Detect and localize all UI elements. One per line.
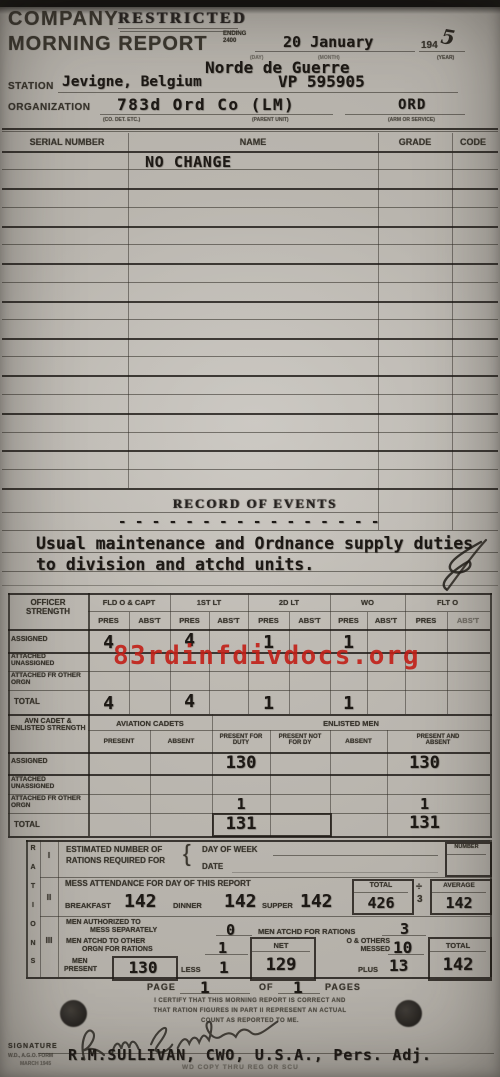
roster-rule bbox=[2, 226, 498, 228]
officer-group-rule bbox=[88, 611, 490, 612]
mess-total-box-rule bbox=[354, 892, 408, 893]
page-label: PAGE bbox=[147, 982, 176, 992]
restricted-underline-1 bbox=[118, 28, 238, 29]
others-messed-label1: O & OTHERS bbox=[320, 938, 390, 945]
events-rule bbox=[2, 552, 498, 553]
cadet-assigned-duty-value: 130 bbox=[212, 753, 270, 773]
rations-numeral-divider bbox=[58, 840, 59, 977]
plus-label: PLUS bbox=[358, 965, 378, 974]
roster-rule bbox=[2, 188, 498, 190]
officer-row-attached-fr-label: ATTACHED FR OTHER ORGN bbox=[11, 673, 81, 687]
breakfast-value: 142 bbox=[124, 891, 157, 912]
rations-estimated-label1: ESTIMATED NUMBER OF bbox=[66, 845, 162, 854]
parent-unit-label: (PARENT UNIT) bbox=[252, 117, 289, 123]
cadet-row-rule bbox=[8, 774, 490, 776]
events-rule bbox=[2, 512, 498, 513]
punch-hole-right bbox=[395, 1000, 422, 1027]
events-rule bbox=[2, 530, 498, 531]
rations-numeral-2: II bbox=[40, 893, 58, 902]
roster-divider-code bbox=[452, 133, 453, 530]
net-value: 129 bbox=[250, 955, 312, 975]
roster-top-rule-light bbox=[2, 131, 498, 132]
page-number-rule bbox=[180, 993, 250, 994]
officer-corner-line2: STRENGTH bbox=[8, 607, 88, 616]
officer-sub-pres: PRES bbox=[405, 616, 447, 625]
co-det-label: (CO. DET. ETC.) bbox=[103, 117, 140, 123]
men-authorized-label1: MEN AUTHORIZED TO bbox=[66, 919, 141, 926]
rations-estimated-label2: RATIONS REQUIRED FOR bbox=[66, 856, 165, 865]
cadet-total-duty-value: 131 bbox=[212, 814, 270, 834]
less-label: LESS bbox=[181, 965, 201, 974]
rations-letter: I bbox=[27, 902, 39, 909]
events-title: RECORD OF EVENTS bbox=[155, 496, 355, 512]
officer-group-1st-lt: 1ST LT bbox=[170, 598, 248, 607]
page-number: 1 bbox=[200, 978, 210, 997]
breakfast-label: BREAKFAST bbox=[65, 901, 111, 910]
rations-row-divider bbox=[40, 916, 490, 917]
roster-rule bbox=[2, 394, 498, 395]
form-title-line2: MORNING REPORT bbox=[8, 33, 208, 56]
year-label: (YEAR) bbox=[437, 55, 454, 61]
rations-letter: R bbox=[27, 845, 39, 852]
of-label: OF bbox=[259, 982, 274, 992]
roster-rule bbox=[2, 338, 498, 340]
men-present-value: 130 bbox=[112, 958, 174, 977]
supper-label: SUPPER bbox=[262, 901, 293, 910]
roster-col-code: CODE bbox=[452, 137, 494, 147]
officer-group-2d-lt: 2D LT bbox=[248, 598, 330, 607]
officer-group-flt-o: FLT O bbox=[405, 598, 490, 607]
organization-entry: 783d Ord Co (LM) bbox=[117, 95, 295, 114]
organization-label: ORGANIZATION bbox=[8, 102, 90, 113]
officer-total-fld-pres: 4 bbox=[88, 693, 129, 714]
rations-letter: A bbox=[27, 864, 39, 871]
net-box-rule bbox=[252, 951, 310, 952]
rations-total-value: 142 bbox=[428, 955, 488, 975]
atchd-other-label1: MEN ATCHD TO OTHER bbox=[66, 938, 145, 945]
pages-total: 1 bbox=[293, 978, 303, 997]
others-messed-label2: MESSED bbox=[330, 946, 390, 953]
mess-total-value: 426 bbox=[352, 894, 410, 912]
men-authorized-rule bbox=[216, 935, 252, 936]
form-title-line1: COMPANY bbox=[8, 8, 119, 31]
supper-value: 142 bbox=[300, 891, 333, 912]
mess-attendance-title: MESS ATTENDANCE FOR DAY OF THIS REPORT bbox=[65, 879, 251, 888]
mess-average-label: AVERAGE bbox=[430, 882, 488, 889]
station-label: STATION bbox=[8, 81, 54, 92]
roster-rule bbox=[2, 432, 498, 433]
station-rule bbox=[58, 92, 458, 93]
cadet-col-absent: ABSENT bbox=[150, 738, 212, 745]
cadet-group-enlisted: ENLISTED MEN bbox=[212, 719, 490, 728]
rations-top bbox=[26, 840, 490, 842]
mess-average-box-rule bbox=[432, 892, 486, 893]
roster-rule bbox=[2, 450, 498, 452]
rations-number-label: NUMBER bbox=[445, 844, 488, 850]
year-handwritten: 5 bbox=[439, 24, 457, 50]
date-entry: 20 January bbox=[283, 33, 373, 51]
net-label: NET bbox=[250, 941, 312, 950]
officer-table-top bbox=[8, 593, 492, 595]
rations-letter: O bbox=[27, 921, 39, 928]
dinner-label: DINNER bbox=[173, 901, 202, 910]
rations-number-box-rule bbox=[447, 854, 486, 855]
cadet-col-present-not-duty: PRESENT NOT FOR DY bbox=[272, 734, 328, 747]
cadet-col-present-absent: PRESENT AND ABSENT bbox=[412, 734, 464, 747]
cadet-total-pa-value: 131 bbox=[387, 813, 462, 833]
roster-col-serial: SERIAL NUMBER bbox=[6, 137, 128, 147]
less-value: 1 bbox=[219, 958, 229, 977]
officer-sub-abst: ABS'T bbox=[447, 616, 489, 625]
officer-row-total-label: TOTAL bbox=[14, 697, 40, 706]
signature-typed-name: R.M.SULLIVAN, CWO, U.S.A., Pers. Adj. bbox=[68, 1046, 432, 1064]
signature-label: SIGNATURE bbox=[8, 1043, 58, 1050]
rations-total-label: TOTAL bbox=[428, 941, 488, 950]
officer-total-2lt-pres: 1 bbox=[248, 693, 289, 714]
restricted-underline-2 bbox=[120, 31, 238, 32]
others-messed-rule bbox=[388, 954, 424, 955]
rations-letter: T bbox=[27, 883, 39, 890]
roster-col-grade: GRADE bbox=[378, 137, 452, 147]
officer-total-1lt-pres: 4 bbox=[170, 691, 209, 712]
pages-total-rule bbox=[278, 993, 320, 994]
officer-sub-pres: PRES bbox=[330, 616, 367, 625]
rations-day-of-week-label: DAY OF WEEK bbox=[202, 845, 258, 854]
roster-rule bbox=[2, 413, 498, 415]
rations-row-divider bbox=[40, 877, 490, 878]
year-rule bbox=[419, 51, 465, 52]
website-watermark: 83rdinfdivdocs.org bbox=[113, 641, 420, 671]
restricted-stamp: RESTRICTED bbox=[118, 10, 247, 28]
officer-group-fldo-capt: FLD O & CAPT bbox=[88, 598, 170, 607]
year-printed: 194 bbox=[421, 40, 438, 51]
cadet-col-absent-enlisted: ABSENT bbox=[330, 738, 387, 745]
roster-rule bbox=[2, 282, 498, 283]
events-rule bbox=[2, 571, 498, 572]
rations-numeral-3: III bbox=[40, 936, 58, 945]
officer-sub-abst: ABS'T bbox=[289, 616, 330, 625]
roster-col-name: NAME bbox=[128, 137, 378, 147]
organization-rule bbox=[100, 114, 333, 115]
rations-letter: N bbox=[27, 940, 39, 947]
cadet-table-right bbox=[490, 714, 492, 836]
roster-rule bbox=[2, 469, 498, 470]
cadet-col-present: PRESENT bbox=[88, 738, 150, 745]
roster-rule bbox=[2, 319, 498, 320]
men-present-label2: PRESENT bbox=[64, 966, 97, 973]
roster-divider-serial bbox=[128, 133, 129, 488]
rations-brace: { bbox=[183, 840, 191, 867]
copy-routing-stamp: WD COPY THRU REG OR SCU bbox=[182, 1064, 299, 1071]
cadet-row-attached-fr-label: ATTACHED FR OTHER ORGN bbox=[11, 796, 81, 810]
pages-label: PAGES bbox=[325, 982, 361, 992]
officer-sub-pres: PRES bbox=[88, 616, 129, 625]
ending-time: 2400 bbox=[223, 38, 236, 44]
rations-numeral-1: I bbox=[40, 851, 58, 860]
rations-date-label: DATE bbox=[202, 862, 223, 871]
rations-letter: S bbox=[27, 958, 39, 965]
men-authorized-value: 0 bbox=[226, 921, 235, 939]
atchd-for-rations-rule bbox=[382, 935, 426, 936]
roster-rule bbox=[2, 488, 498, 490]
roster-rule bbox=[2, 207, 498, 208]
cadet-group-rule bbox=[88, 730, 490, 731]
handwritten-initials-scribble bbox=[425, 536, 491, 592]
officer-table-right bbox=[490, 593, 492, 714]
roster-divider-grade bbox=[378, 133, 379, 530]
officer-corner-line1: OFFICER bbox=[8, 598, 88, 607]
cadet-col-present-duty: PRESENT FOR DUTY bbox=[214, 734, 268, 747]
officer-sub-pres: PRES bbox=[248, 616, 289, 625]
officer-total-wo-pres: 1 bbox=[330, 693, 367, 714]
roster-rule bbox=[2, 263, 498, 265]
rations-letter-divider bbox=[40, 840, 41, 977]
events-dashed-line: - - - - - - - - - - - - - - - - bbox=[118, 514, 379, 530]
plus-value: 13 bbox=[389, 956, 408, 975]
divide-by: 3 bbox=[417, 894, 423, 905]
rations-date-rule bbox=[232, 872, 438, 873]
dinner-value: 142 bbox=[224, 891, 257, 912]
roster-top-rule-heavy bbox=[2, 128, 498, 130]
arm-service-label: (ARM OR SERVICE) bbox=[388, 117, 435, 123]
roster-header-bottom bbox=[2, 151, 498, 153]
cadet-group-aviation: AVIATION CADETS bbox=[88, 719, 212, 728]
officer-group-wo: WO bbox=[330, 598, 405, 607]
events-rule bbox=[2, 585, 498, 586]
mess-average-value: 142 bbox=[430, 894, 488, 912]
cadet-attached-duty-value: 1 bbox=[212, 795, 270, 813]
roster-rule bbox=[2, 169, 498, 170]
officer-sub-abst: ABS'T bbox=[129, 616, 170, 625]
roster-rule bbox=[2, 356, 498, 357]
station-entry: Jevigne, Belgium bbox=[62, 74, 202, 90]
roster-rule bbox=[2, 244, 498, 245]
cadet-assigned-pa-value: 130 bbox=[387, 753, 462, 773]
men-authorized-label2: MESS SEPARATELY bbox=[90, 927, 157, 934]
officer-row-assigned-label: ASSIGNED bbox=[11, 636, 48, 643]
officer-sub-abst: ABS'T bbox=[209, 616, 248, 625]
roster-rule bbox=[2, 301, 498, 303]
cadet-attached-pa-value: 1 bbox=[387, 795, 462, 813]
cadet-row-attached-unassigned-label: ATTACHED UNASSIGNED bbox=[11, 777, 81, 791]
divide-sign: ÷ bbox=[416, 881, 422, 893]
cadet-row-total-label: TOTAL bbox=[14, 820, 40, 829]
cadet-table-top bbox=[8, 714, 492, 716]
arm-rule bbox=[345, 114, 465, 115]
cadet-row-assigned-label: ASSIGNED bbox=[11, 758, 48, 765]
photo-top-border bbox=[0, 0, 500, 7]
cadet-col-divider bbox=[150, 730, 151, 836]
officer-sub-pres: PRES bbox=[170, 616, 209, 625]
officer-sub-abst: ABS'T bbox=[367, 616, 405, 625]
form-number-line2: MARCH 1945 bbox=[20, 1061, 51, 1067]
atchd-other-rule bbox=[205, 954, 248, 955]
atchd-for-rations-label: MEN ATCHD FOR RATIONS bbox=[258, 927, 355, 936]
arm-service-entry: ORD bbox=[398, 97, 426, 113]
date-rule bbox=[255, 51, 415, 52]
men-present-label1: MEN bbox=[72, 958, 88, 965]
officer-row-attached-unassigned-label: ATTACHED UNASSIGNED bbox=[11, 654, 81, 668]
atchd-other-label2: ORGN FOR RATIONS bbox=[82, 946, 153, 953]
officer-sub-divider bbox=[447, 612, 448, 714]
rations-day-rule bbox=[273, 855, 438, 856]
form-number-line1: W.D., A.G.O. FORM bbox=[8, 1053, 53, 1059]
map-reference-entry: VP 595905 bbox=[278, 72, 365, 91]
roster-rule bbox=[2, 375, 498, 377]
events-entry-line1: Usual maintenance and Ordnance supply du… bbox=[36, 534, 473, 553]
officer-row-rule bbox=[8, 690, 490, 691]
mess-total-label: TOTAL bbox=[352, 882, 410, 889]
rations-total-box-rule bbox=[430, 951, 486, 952]
morning-report-document: COMPANY RESTRICTED MORNING REPORT ENDING… bbox=[0, 0, 500, 1077]
ending-label: ENDING bbox=[223, 31, 246, 37]
officer-head-rule bbox=[8, 629, 490, 631]
cadet-corner-label: AVN CADET & ENLISTED STRENGTH bbox=[10, 718, 86, 733]
